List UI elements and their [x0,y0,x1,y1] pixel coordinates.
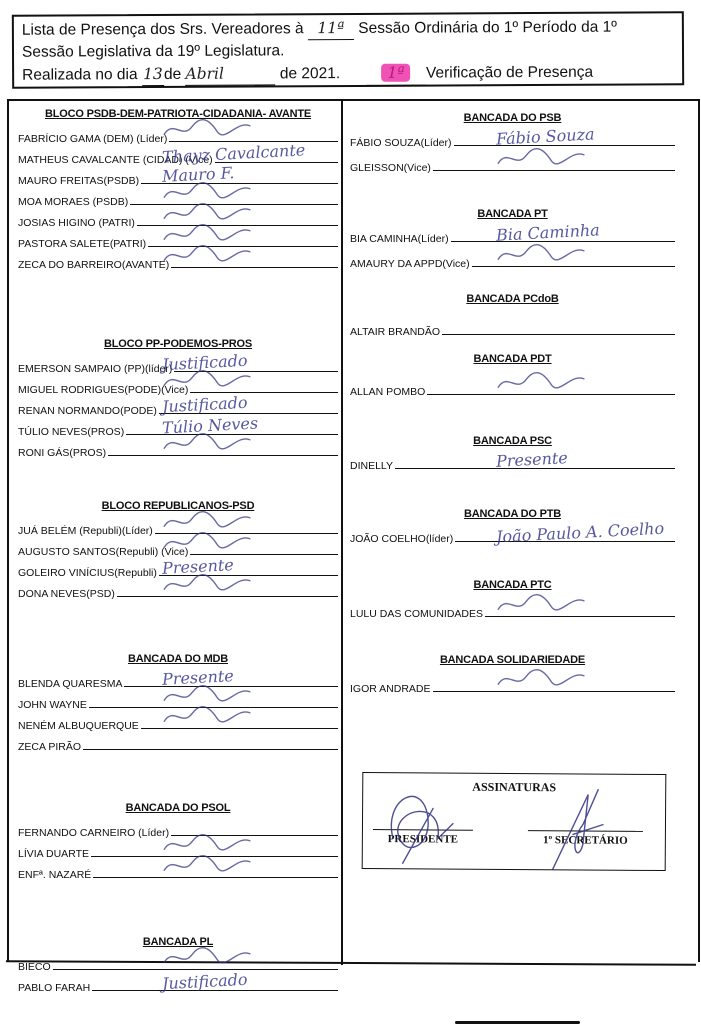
handwritten-signature [161,942,252,973]
member-row: ZECA PIRÃO [18,732,338,753]
secretary-signature-line[interactable]: 1º SECRETÁRIO [528,830,643,847]
group-bancada-pl: BANCADA PLBIECOPABLO FARAHJustificado [18,936,338,994]
member-name: ALLAN POMBO [350,386,425,398]
member-name: AMAURY DA APPD(Vice) [350,258,470,270]
group-title: BANCADA PSC [350,435,675,447]
member-name: MAURO FREITAS(PSDB) [18,175,139,187]
group-title: BANCADA PT [350,208,675,220]
member-row: ALLAN POMBO [350,377,675,398]
group-bancada-solidariedade: BANCADA SOLIDARIEDADEIGOR ANDRADE [350,654,675,695]
group-bancada-do-mdb: BANCADA DO MDBBLENDA QUARESMAPresenteJOH… [18,653,338,753]
member-row: AUGUSTO SANTOS(Republi) (Vice) [18,537,338,558]
member-name: LÍVIA DUARTE [18,848,89,860]
group-bancada-psc: BANCADA PSCDINELLYPresente [350,435,675,472]
member-name: TÚLIO NEVES(PROS) [18,426,124,438]
member-name: JOHN WAYNE [18,699,87,711]
president-signature-line[interactable]: PRESIDENTE [373,829,473,846]
member-row: ENFª. NAZARÉ [18,860,338,881]
member-name: ZECA DO BARREIRO(AVANTE) [18,259,169,271]
handwritten-signature [161,428,252,459]
handwritten-signature [496,239,587,270]
handwritten-signature [496,367,587,398]
member-name: JUÁ BELÉM (Republi)(Líder) [18,525,153,537]
group-title: BANCADA PDT [350,353,675,365]
member-name: FÁBIO SOUZA(Líder) [350,137,452,149]
member-row: JOÃO COELHO(líder)João Paulo A. Coelho [350,524,675,545]
header-line-1: Lista de Presença dos Srs. Vereadores à … [22,15,674,41]
group-title: BANCADA PTC [350,579,675,591]
member-row: NENÉM ALBUQUERQUE [18,711,338,732]
group-bancada-do-psb: BANCADA DO PSBFÁBIO SOUZA(Líder)Fábio So… [350,112,675,174]
member-name: BLENDA QUARESMA [18,678,122,690]
member-name: ZECA PIRÃO [18,741,81,753]
handwritten-signature [161,527,252,558]
member-name: DONA NEVES(PSD) [18,588,115,600]
member-row: RENAN NORMANDO(PODE)Justificado [18,396,338,417]
member-name: MOA MORAES (PSDB) [18,196,128,208]
member-row: PABLO FARAHJustificado [18,973,338,994]
group-title: BANCADA PCdoB [350,293,675,305]
signature-line[interactable] [442,334,675,335]
member-row: DINELLYPresente [350,451,675,472]
handwritten-signature [161,240,252,271]
member-row: ZECA DO BARREIRO(AVANTE) [18,250,338,271]
header-line-3: Realizada no dia 13de Abril de 2021. 1ªV… [22,60,674,87]
member-name: JOÃO COELHO(líder) [350,533,453,545]
column-divider [341,99,343,965]
member-name: RENAN NORMANDO(PODE) [18,405,157,417]
signature-line[interactable] [83,749,338,750]
member-row: MIGUEL RODRIGUES(PODE)(Vice) [18,375,338,396]
member-name: FERNANDO CARNEIRO (Líder) [18,827,169,839]
member-name: FABRÍCIO GAMA (DEM) (Líder) [18,133,167,145]
handwritten-signature [496,664,587,695]
member-name: NENÉM ALBUQUERQUE [18,720,139,732]
member-name: JOSIAS HIGINO (PATRI) [18,217,135,229]
group-bancada-ptc: BANCADA PTCLULU DAS COMUNIDADES [350,579,675,620]
handwritten-signature [161,365,252,396]
member-name: EMERSON SAMPAIO (PP)(líder) [18,363,172,375]
group-bancada-do-psol: BANCADA DO PSOLFERNANDO CARNEIRO (Líder)… [18,802,338,881]
handwritten-signature [496,143,587,174]
member-name: IGOR ANDRADE [350,683,431,695]
month-field: Abril [185,62,275,85]
group-bloco-pp-podemos-pros: BLOCO PP-PODEMOS-PROSEMERSON SAMPAIO (PP… [18,338,338,459]
handwritten-signature [161,114,252,145]
member-row: ALTAIR BRANDÃO [350,317,675,338]
group-bancada-pt: BANCADA PTBIA CAMINHA(Líder)Bia CaminhaA… [350,208,675,270]
group-bancada-do-ptb: BANCADA DO PTBJOÃO COELHO(líder)João Pau… [350,508,675,545]
day-field: 13 [142,63,164,86]
group-bancada-pcdob: BANCADA PCdoBALTAIR BRANDÃO [350,293,675,338]
member-row: DONA NEVES(PSD) [18,579,338,600]
group-title: BANCADA DO PSOL [18,802,338,814]
handwritten-signature: João Paulo A. Coelho [496,519,665,547]
group-bloco-psdb-dem-patriota-cidadania-avante: BLOCO PSDB-DEM-PATRIOTA-CIDADANIA- AVANT… [18,108,338,271]
member-row: MATHEUS CAVALCANTE (CIDAD) (Vice)Thayz C… [18,145,338,166]
group-title: BANCADA SOLIDARIEDADE [350,654,675,666]
member-name: GOLEIRO VINÍCIUS(Republi) [18,567,157,579]
signature-line[interactable] [117,596,338,597]
signatures-box: ASSINATURAS PRESIDENTE 1º SECRETÁRIO [362,772,667,871]
group-title: BLOCO PP-PODEMOS-PROS [18,338,338,350]
group-bloco-republicanos-psd: BLOCO REPUBLICANOS-PSDJUÁ BELÉM (Republi… [18,500,338,600]
handwritten-signature [496,589,587,620]
group-title: BANCADA DO PTB [350,508,675,520]
member-name: RONI GÁS(PROS) [18,447,106,459]
signatures-title: ASSINATURAS [363,779,665,796]
handwritten-signature [161,701,252,732]
verification-number: 1ª [381,64,410,82]
member-name: PABLO FARAH [18,982,90,994]
handwritten-signature: Presente [496,448,569,471]
member-name: BIECO [18,961,51,973]
member-name: ALTAIR BRANDÃO [350,326,440,338]
handwritten-signature [161,850,252,881]
member-name: GLEISSON(Vice) [350,162,431,174]
member-name: ENFª. NAZARÉ [18,869,91,881]
group-bancada-pdt: BANCADA PDTALLAN POMBO [350,353,675,398]
member-name: LULU DAS COMUNIDADES [350,608,483,620]
member-name: DINELLY [350,460,393,472]
group-title: BANCADA DO PSB [350,112,675,124]
member-row: BIECO [18,952,338,973]
member-row: IGOR ANDRADE [350,674,675,695]
document-header: Lista de Presença dos Srs. Vereadores à … [12,11,684,89]
member-name: PASTORA SALETE(PATRI) [18,238,146,250]
member-row: GLEISSON(Vice) [350,153,675,174]
member-row: RONI GÁS(PROS) [18,438,338,459]
member-row: LULU DAS COMUNIDADES [350,599,675,620]
group-title: BANCADA DO MDB [18,653,338,665]
member-name: BIA CAMINHA(Líder) [350,233,449,245]
session-number: 11ª [308,17,354,40]
handwritten-signature [161,569,252,600]
member-row: AMAURY DA APPD(Vice) [350,249,675,270]
